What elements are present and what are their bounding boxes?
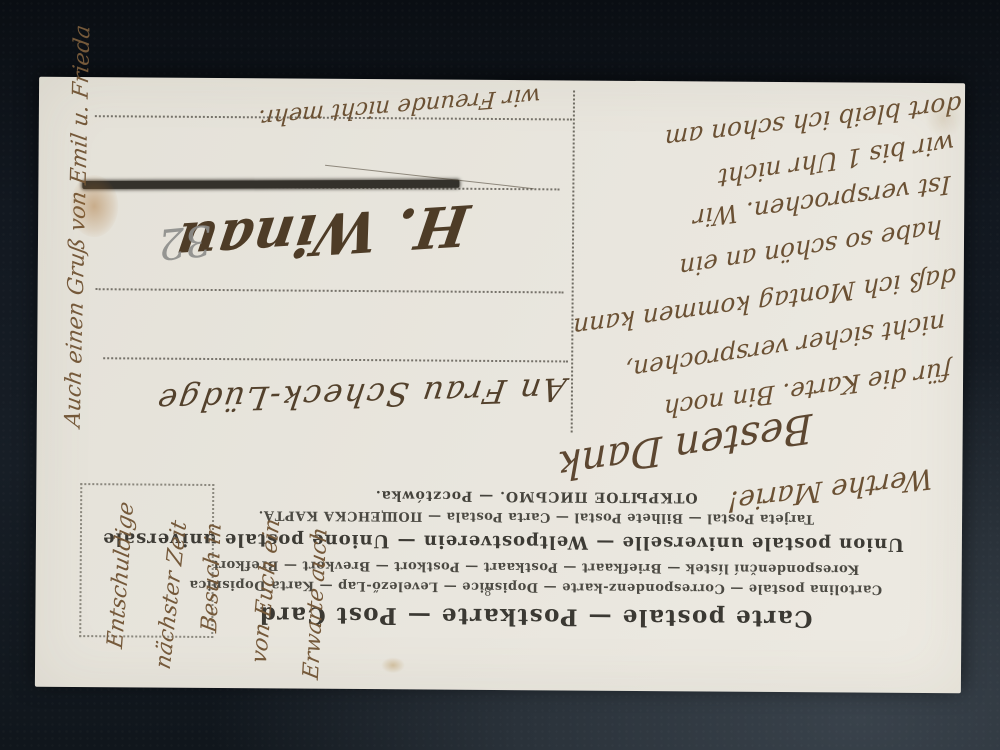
ink-strikethrough [82, 180, 459, 189]
message-address-divider [571, 91, 575, 433]
handwritten-address-line: An Frau Scheck-Lüdge [153, 370, 568, 420]
address-dotted-line-2 [96, 288, 564, 293]
photo-background: Carte postale — Postkarte — Post Card Ca… [0, 0, 1000, 750]
paper-spot [381, 657, 405, 673]
rust-stain [70, 175, 118, 237]
handwritten-overflow-line: wir Freunde nicht mehr. [257, 82, 541, 131]
handwritten-stamp-corner-line: Besuch in [197, 521, 226, 635]
handwritten-crossed-out-name: H. Winau [172, 191, 474, 276]
postcard: Carte postale — Postkarte — Post Card Ca… [35, 77, 965, 693]
printed-plate-mark: 8 [484, 584, 492, 598]
corner-yellowing [925, 97, 963, 139]
printed-title-line: Carte postale — Postkarte — Post Card [167, 601, 903, 633]
pencil-number: 32 [156, 215, 214, 269]
stamp-box [79, 483, 214, 638]
address-dotted-line-1 [103, 357, 568, 362]
